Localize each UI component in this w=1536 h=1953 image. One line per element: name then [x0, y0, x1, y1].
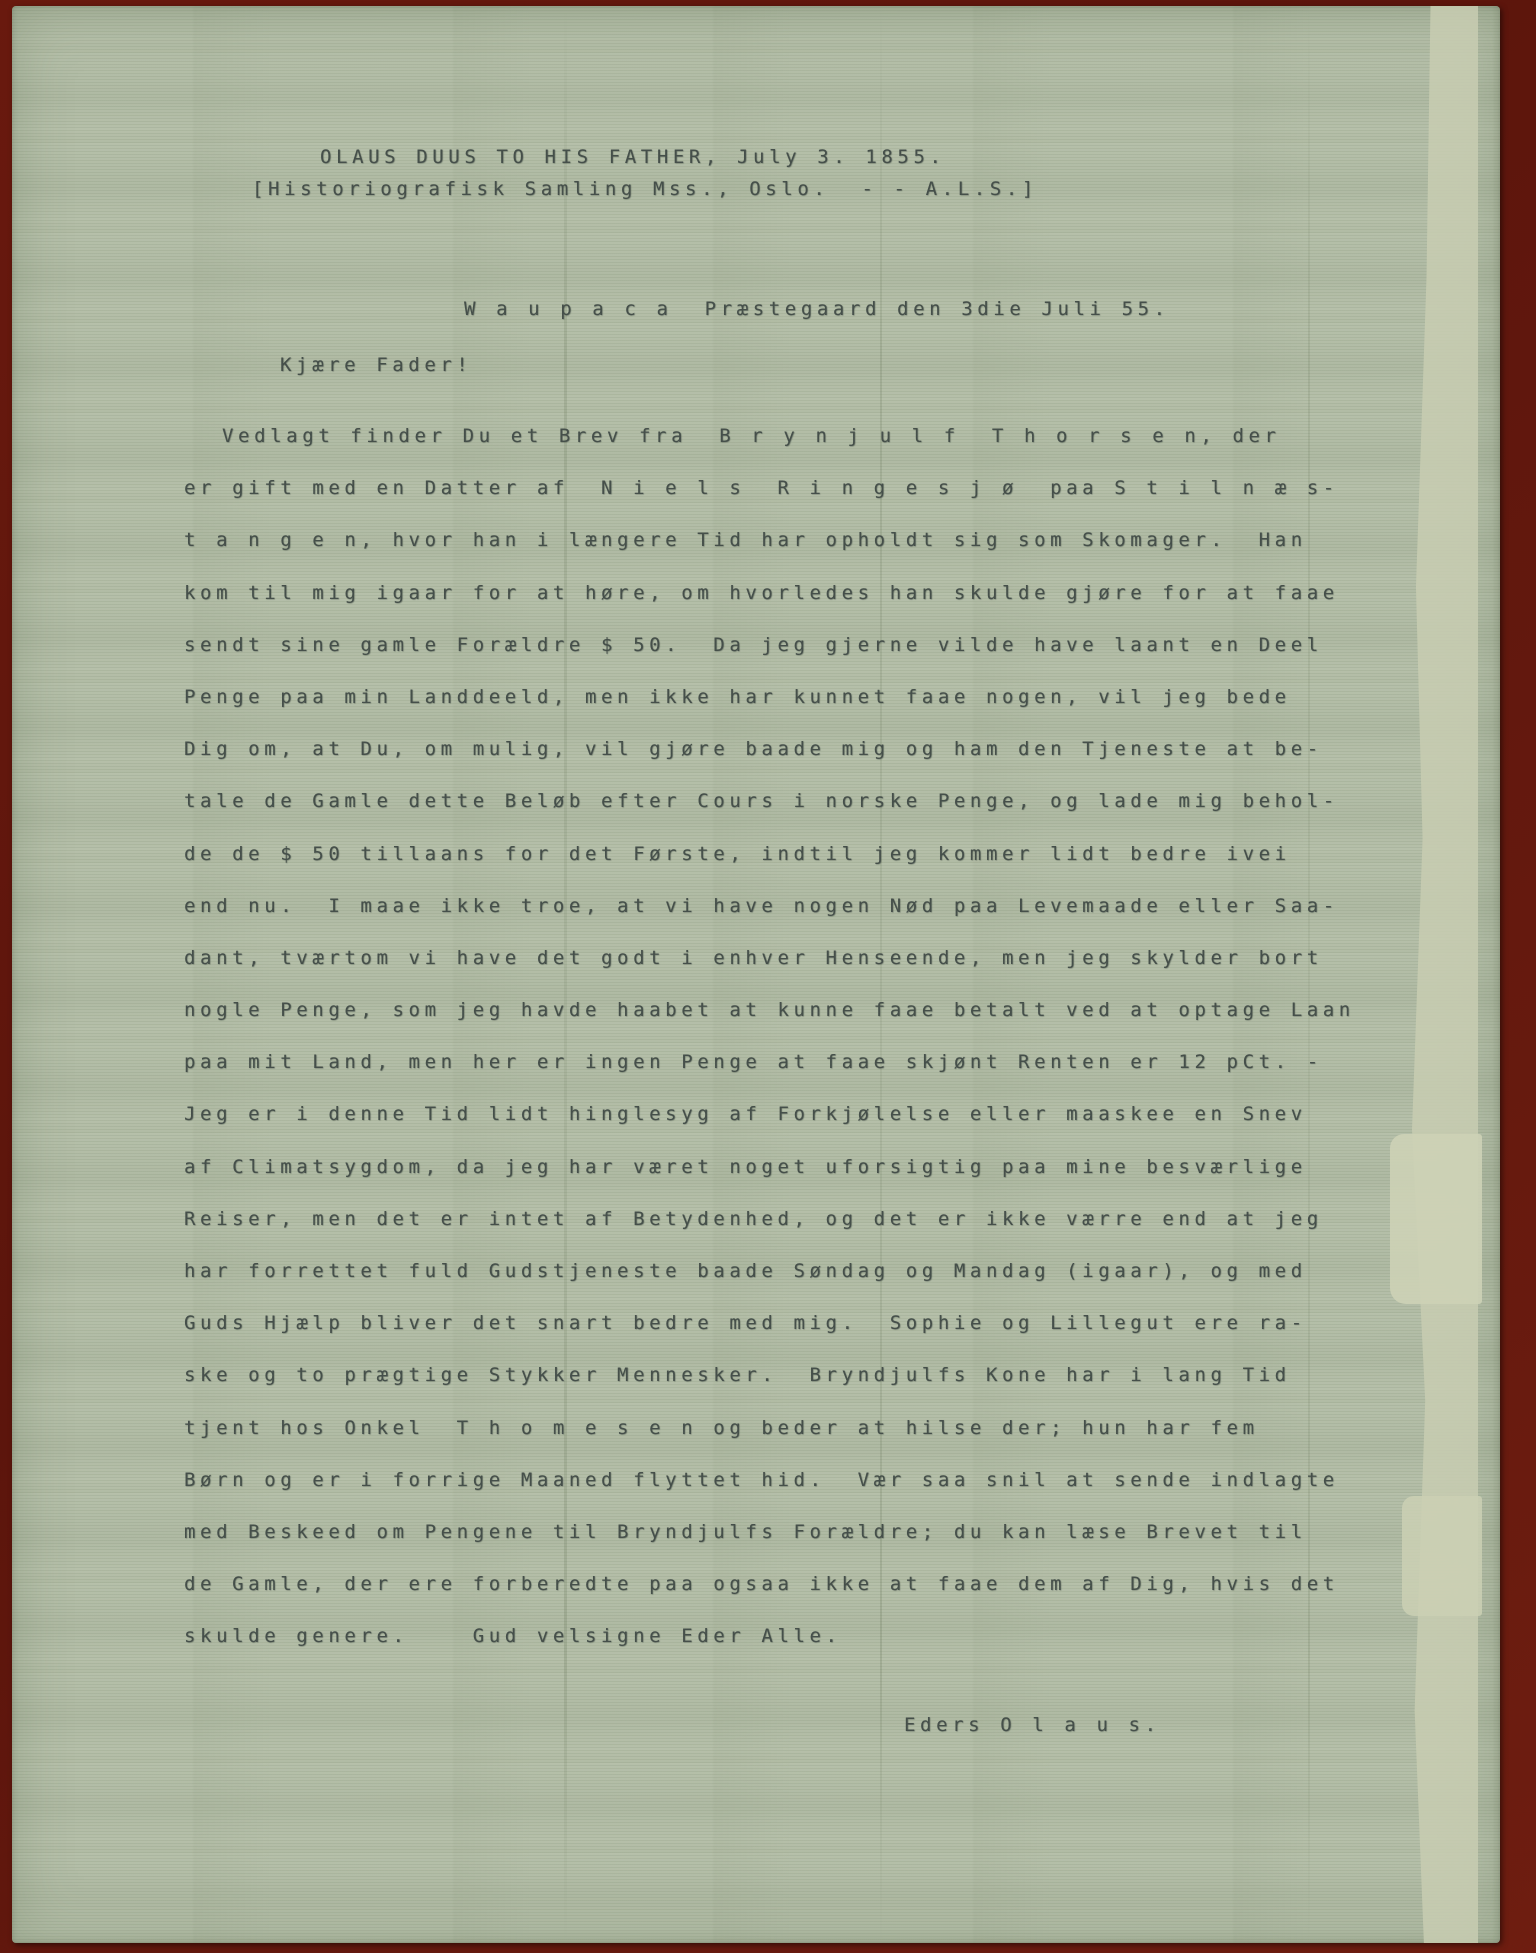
typed-line: sendt sine gamle Forældre $ 50. Da jeg g…: [184, 619, 1454, 671]
typed-line: tjent hos Onkel T h o m e s e n og beder…: [184, 1402, 1454, 1454]
typed-line: dant, tværtom vi have det godt i enhver …: [184, 932, 1454, 984]
typed-line: har forrettet fuld Gudstjeneste baade Sø…: [184, 1245, 1454, 1297]
typed-line: de Gamle, der ere forberedte paa ogsaa i…: [184, 1558, 1454, 1610]
typed-line: er gift med en Datter af N i e l s R i n…: [184, 462, 1454, 514]
letter-dateline: W a u p a c a Præstegaard den 3die Juli …: [464, 298, 1170, 320]
typed-line: Reiser, men det er intet af Betydenhed, …: [184, 1193, 1454, 1245]
typed-line: skulde genere. Gud velsigne Eder Alle.: [184, 1610, 1454, 1662]
typed-line: Guds Hjælp bliver det snart bedre med mi…: [184, 1297, 1454, 1349]
typed-line: Dig om, at Du, om mulig, vil gjøre baade…: [184, 723, 1454, 775]
typed-line: t a n g e n, hvor han i længere Tid har …: [184, 514, 1454, 566]
scanned-letter: OLAUS DUUS TO HIS FATHER, July 3. 1855. …: [0, 0, 1536, 1953]
letter-signature: Eders O l a u s.: [904, 1714, 1161, 1736]
typed-line: med Beskeed om Pengene til Bryndjulfs Fo…: [184, 1506, 1454, 1558]
typed-line: paa mit Land, men her er ingen Penge at …: [184, 1036, 1454, 1088]
typed-line: af Climatsygdom, da jeg har været noget …: [184, 1141, 1454, 1193]
typed-line: end nu. I maae ikke troe, at vi have nog…: [184, 880, 1454, 932]
letter-heading-title: OLAUS DUUS TO HIS FATHER, July 3. 1855.: [320, 146, 946, 168]
letter-heading-source: [Historiografisk Samling Mss., Oslo. - -…: [252, 178, 1038, 200]
typed-line: Vedlagt finder Du et Brev fra B r y n j …: [184, 410, 1454, 462]
letter-salutation: Kjære Fader!: [280, 354, 472, 376]
typed-line: Børn og er i forrige Maaned flyttet hid.…: [184, 1454, 1454, 1506]
typed-line: tale de Gamle dette Beløb efter Cours i …: [184, 775, 1454, 827]
typed-line: Jeg er i denne Tid lidt hinglesyg af For…: [184, 1088, 1454, 1140]
typed-line: Penge paa min Landdeeld, men ikke har ku…: [184, 671, 1454, 723]
typed-line: de de $ 50 tillaans for det Første, indt…: [184, 828, 1454, 880]
typed-line: nogle Penge, som jeg havde haabet at kun…: [184, 984, 1454, 1036]
typed-line: ske og to prægtige Stykker Mennesker. Br…: [184, 1349, 1454, 1401]
letter-page: OLAUS DUUS TO HIS FATHER, July 3. 1855. …: [12, 6, 1500, 1943]
typed-line: kom til mig igaar for at høre, om hvorle…: [184, 567, 1454, 619]
letter-body: Vedlagt finder Du et Brev fra B r y n j …: [184, 410, 1454, 1663]
